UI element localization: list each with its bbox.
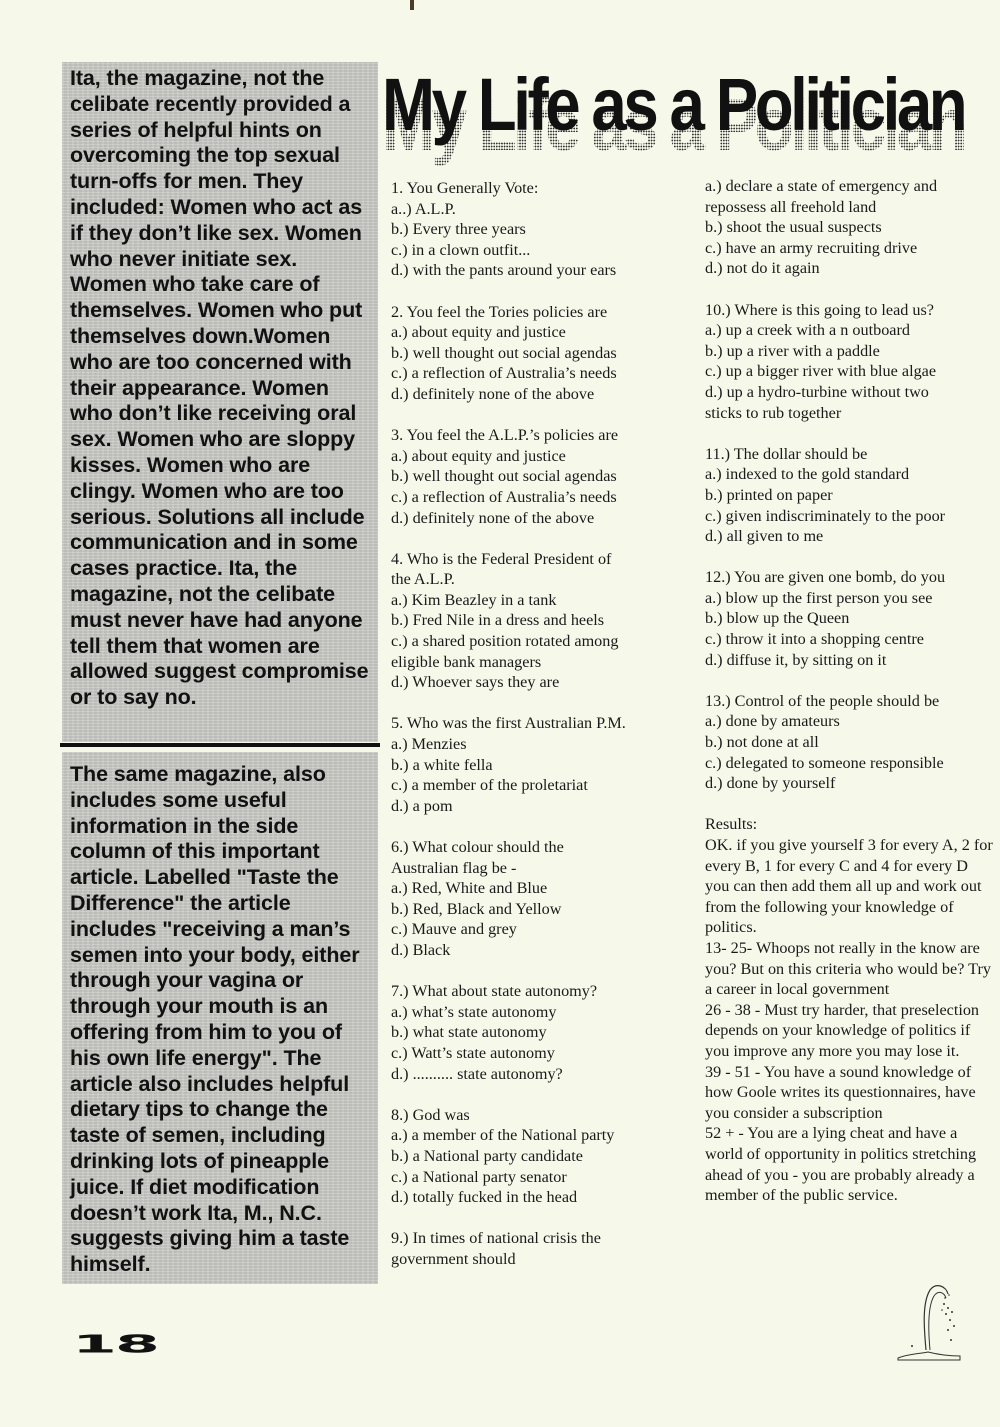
answer-option: a.) indexed to the gold standard	[705, 464, 995, 485]
question-text: 4. Who is the Federal President of	[391, 549, 691, 570]
answer-option: b.) what state autonomy	[391, 1022, 691, 1043]
quiz-question: 6.) What colour should theAustralian fla…	[391, 837, 691, 961]
quiz-question: 9.) In times of national crisis thegover…	[391, 1228, 691, 1269]
quiz-question: 4. Who is the Federal President ofthe A.…	[391, 549, 691, 693]
answer-option: a.) a member of the National party	[391, 1125, 691, 1146]
quiz-column-right: a.) declare a state of emergency andrepo…	[705, 176, 995, 1206]
answer-option: b.) Fred Nile in a dress and heels	[391, 610, 691, 631]
answer-option: c.) a National party senator	[391, 1167, 691, 1188]
answer-option: a.) Kim Beazley in a tank	[391, 590, 691, 611]
page-title: My Life as a Politician My Life as a Pol…	[382, 60, 994, 160]
results-range: 52 + - You are a lying cheat and have a …	[705, 1123, 995, 1205]
results-range: 13- 25- Whoops not really in the know ar…	[705, 938, 995, 1000]
answer-option: c.) delegated to someone responsible	[705, 753, 995, 774]
answer-option: a.) Menzies	[391, 734, 691, 755]
answer-option: d.) definitely none of the above	[391, 508, 691, 529]
question-text: 1. You Generally Vote:	[391, 178, 691, 199]
sidebar-divider	[60, 743, 380, 747]
question-text: 8.) God was	[391, 1105, 691, 1126]
answer-option: a.) about equity and justice	[391, 446, 691, 467]
answer-option: a.) done by amateurs	[705, 711, 995, 732]
answer-option: d.) definitely none of the above	[391, 384, 691, 405]
question-text: 6.) What colour should the	[391, 837, 691, 858]
sidebar-box-turnoffs: Ita, the magazine, not the celibate rece…	[62, 62, 378, 742]
answer-option: a.) up a creek with a n outboard	[705, 320, 995, 341]
question-text: 5. Who was the first Australian P.M.	[391, 713, 691, 734]
question-text: 10.) Where is this going to lead us?	[705, 300, 995, 321]
answer-option: b.) shoot the usual suspects	[705, 217, 995, 238]
answer-option: b.) up a river with a paddle	[705, 341, 995, 362]
quiz-question: 10.) Where is this going to lead us?a.) …	[705, 300, 995, 424]
answer-option: b.) blow up the Queen	[705, 608, 995, 629]
quiz-question: 2. You feel the Tories policies area.) a…	[391, 302, 691, 405]
answer-option: c.) throw it into a shopping centre	[705, 629, 995, 650]
answer-option: b.) a National party candidate	[391, 1146, 691, 1167]
answer-option: d.) Whoever says they are	[391, 672, 691, 693]
answer-option: b.) well thought out social agendas	[391, 343, 691, 364]
answer-option: the A.L.P.	[391, 569, 691, 590]
answer-option: c.) a shared position rotated among	[391, 631, 691, 652]
fountain-icon	[888, 1268, 968, 1363]
answer-option: c.) a member of the proletariat	[391, 775, 691, 796]
results-section: Results: OK. if you give yourself 3 for …	[705, 814, 995, 1205]
answer-option: d.) totally fucked in the head	[391, 1187, 691, 1208]
answer-option: sticks to rub together	[705, 403, 995, 424]
answer-option: a.) Red, White and Blue	[391, 878, 691, 899]
page-number: 18	[72, 1335, 158, 1354]
results-range: 26 - 38 - Must try harder, that preselec…	[705, 1000, 995, 1062]
results-intro: OK. if you give yourself 3 for every A, …	[705, 835, 995, 938]
quiz-question: 11.) The dollar should bea.) indexed to …	[705, 444, 995, 547]
answer-option: d.) diffuse it, by sitting on it	[705, 650, 995, 671]
answer-option: b.) well thought out social agendas	[391, 466, 691, 487]
quiz-question: 8.) God wasa.) a member of the National …	[391, 1105, 691, 1208]
answer-option: c.) Mauve and grey	[391, 919, 691, 940]
quiz-question: 7.) What about state autonomy?a.) what’s…	[391, 981, 691, 1084]
sidebar-text-2: The same magazine, also includes some us…	[62, 752, 378, 1278]
quiz-question: a.) declare a state of emergency andrepo…	[705, 176, 995, 279]
answer-option: c.) have an army recruiting drive	[705, 238, 995, 259]
answer-option: b.) not done at all	[705, 732, 995, 753]
quiz-column-middle: 1. You Generally Vote:a..) A.L.P.b.) Eve…	[391, 178, 691, 1290]
answer-option: c.) up a bigger river with blue algae	[705, 361, 995, 382]
answer-option: d.) up a hydro-turbine without two	[705, 382, 995, 403]
answer-option: c.) Watt’s state autonomy	[391, 1043, 691, 1064]
answer-option: repossess all freehold land	[705, 197, 995, 218]
title-text: My Life as a Politician	[382, 62, 964, 147]
answer-option: d.) all given to me	[705, 526, 995, 547]
answer-option: a.) blow up the first person you see	[705, 588, 995, 609]
question-text: 7.) What about state autonomy?	[391, 981, 691, 1002]
print-mark	[410, 0, 414, 10]
answer-option: a.) about equity and justice	[391, 322, 691, 343]
question-text: 9.) In times of national crisis the	[391, 1228, 691, 1249]
answer-option: c.) a reflection of Australia’s needs	[391, 363, 691, 384]
answer-option: a.) what’s state autonomy	[391, 1002, 691, 1023]
answer-option: Australian flag be -	[391, 858, 691, 879]
answer-option: d.) not do it again	[705, 258, 995, 279]
answer-option: government should	[391, 1249, 691, 1270]
question-text: 12.) You are given one bomb, do you	[705, 567, 995, 588]
answer-option: a.) declare a state of emergency and	[705, 176, 995, 197]
answer-option: d.) .......... state autonomy?	[391, 1064, 691, 1085]
question-text: 11.) The dollar should be	[705, 444, 995, 465]
question-text: 13.) Control of the people should be	[705, 691, 995, 712]
answer-option: b.) a white fella	[391, 755, 691, 776]
answer-option: c.) in a clown outfit...	[391, 240, 691, 261]
quiz-question: 3. You feel the A.L.P.’s policies area.)…	[391, 425, 691, 528]
quiz-question: 13.) Control of the people should bea.) …	[705, 691, 995, 794]
answer-option: c.) a reflection of Australia’s needs	[391, 487, 691, 508]
answer-option: b.) Every three years	[391, 219, 691, 240]
answer-option: d.) with the pants around your ears	[391, 260, 691, 281]
question-text: 3. You feel the A.L.P.’s policies are	[391, 425, 691, 446]
results-range: 39 - 51 - You have a sound knowledge of …	[705, 1062, 995, 1124]
answer-option: eligible bank managers	[391, 652, 691, 673]
sidebar-text-1: Ita, the magazine, not the celibate rece…	[62, 62, 378, 711]
answer-option: d.) Black	[391, 940, 691, 961]
results-heading: Results:	[705, 814, 995, 835]
answer-option: d.) a pom	[391, 796, 691, 817]
quiz-question: 1. You Generally Vote:a..) A.L.P.b.) Eve…	[391, 178, 691, 281]
answer-option: c.) given indiscriminately to the poor	[705, 506, 995, 527]
quiz-question: 5. Who was the first Australian P.M.a.) …	[391, 713, 691, 816]
answer-option: b.) Red, Black and Yellow	[391, 899, 691, 920]
sidebar-box-taste: The same magazine, also includes some us…	[62, 752, 378, 1284]
quiz-question: 12.) You are given one bomb, do youa.) b…	[705, 567, 995, 670]
answer-option: b.) printed on paper	[705, 485, 995, 506]
question-text: 2. You feel the Tories policies are	[391, 302, 691, 323]
answer-option: a..) A.L.P.	[391, 199, 691, 220]
answer-option: d.) done by yourself	[705, 773, 995, 794]
